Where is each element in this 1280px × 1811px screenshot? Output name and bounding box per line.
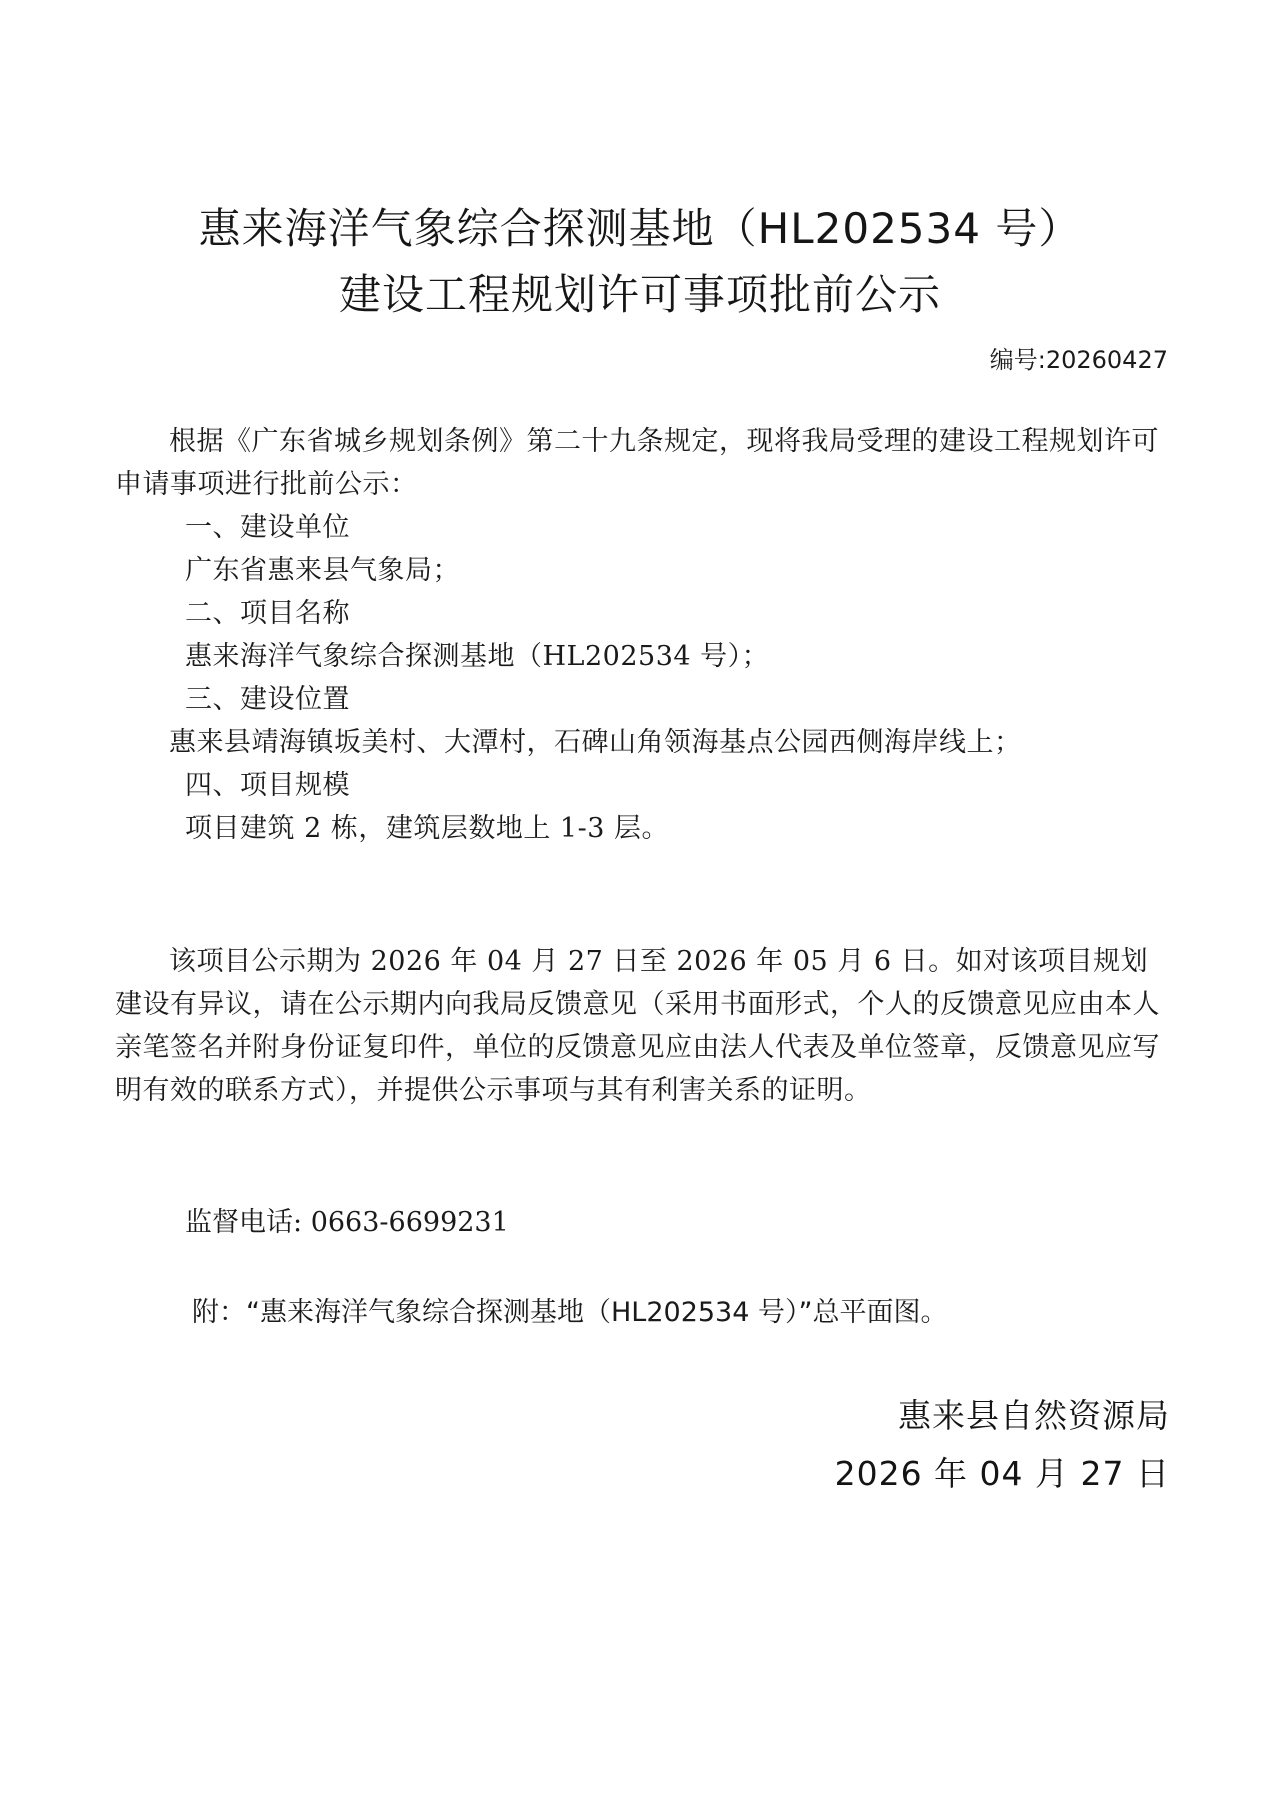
- section-content: 惠来海洋气象综合探测基地（HL202534 号）；: [115, 635, 1170, 678]
- document-title-line-2: 建设工程规划许可事项批前公示: [0, 262, 1280, 322]
- section-content: 广东省惠来县气象局；: [115, 549, 1170, 592]
- section-heading: 一、建设单位: [115, 506, 1170, 549]
- signature-organization: 惠来县自然资源局: [898, 1390, 1170, 1437]
- document-number: 编号:20260427: [990, 340, 1168, 375]
- notice-block: 该项目公示期为 2026 年 04 月 27 日至 2026 年 05 月 6 …: [115, 940, 1170, 1112]
- supervision-phone-label: 监督电话:: [185, 1207, 302, 1238]
- intro-paragraph: 根据《广东省城乡规划条例》第二十九条规定，现将我局受理的建设工程规划许可申请事项…: [115, 420, 1170, 506]
- attachment-note: 附：“惠来海洋气象综合探测基地（HL202534 号）”总平面图。: [192, 1290, 947, 1329]
- intro-block: 根据《广东省城乡规划条例》第二十九条规定，现将我局受理的建设工程规划许可申请事项…: [115, 420, 1170, 850]
- document-title-line-1: 惠来海洋气象综合探测基地（HL202534 号）: [0, 196, 1280, 256]
- supervision-phone-line: 监督电话: 0663-6699231: [185, 1200, 509, 1239]
- document-page: 惠来海洋气象综合探测基地（HL202534 号） 建设工程规划许可事项批前公示 …: [0, 0, 1280, 1811]
- section-content: 惠来县靖海镇坂美村、大潭村，石碑山角领海基点公园西侧海岸线上；: [115, 721, 1170, 764]
- section-heading: 二、项目名称: [115, 592, 1170, 635]
- notice-paragraph: 该项目公示期为 2026 年 04 月 27 日至 2026 年 05 月 6 …: [115, 940, 1170, 1112]
- section-content: 项目建筑 2 栋，建筑层数地上 1-3 层。: [115, 807, 1170, 850]
- signature-date: 2026 年 04 月 27 日: [835, 1448, 1170, 1495]
- section-heading: 四、项目规模: [115, 764, 1170, 807]
- section-heading: 三、建设位置: [115, 678, 1170, 721]
- supervision-phone-number: 0663-6699231: [311, 1207, 509, 1238]
